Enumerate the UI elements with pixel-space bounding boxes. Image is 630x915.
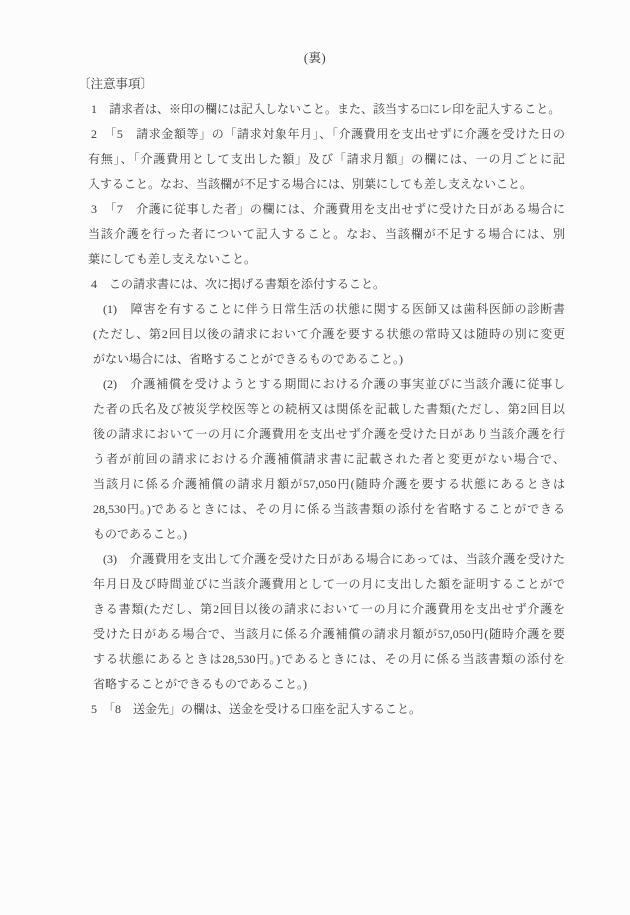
note-2-line-2: 有無」、「介護費用として支出した額」及び「請求月額」の欄には、一の月ごとに記 bbox=[88, 147, 565, 172]
note-4-sub-2-line-5: 当該月に係る介護補償の請求月額が57,050円(随時介護を要する状態にあるときは bbox=[93, 472, 565, 497]
note-4-sub-1-line-1: (1) 障害を有することに伴う日常生活の状態に関する医師又は歯科医師の診断書 bbox=[103, 297, 565, 322]
notes-heading: 〔注意事項〕 bbox=[78, 72, 630, 97]
page-side-label: (裏) bbox=[0, 46, 630, 71]
note-4-sub-3-line-1: (3) 介護費用を支出して介護を受けた日がある場合にあっては、当該介護を受けた bbox=[103, 547, 565, 572]
note-2-line-1: 2 「5 請求金額等」の「請求対象年月」、「介護費用を支出せずに介護を受けた日の bbox=[91, 122, 565, 147]
note-4-line-1: 4 この請求書には、次に掲げる書類を添付すること。 bbox=[91, 272, 565, 297]
note-4-sub-3-line-3: きる書類(ただし、第2回目以後の請求において一の月に介護費用を支出せず介護を bbox=[93, 597, 565, 622]
note-3-line-1: 3 「7 介護に従事した者」の欄には、介護費用を支出せずに受けた日がある場合に bbox=[91, 197, 565, 222]
note-4-sub-3-line-2: 年月日及び時間並びに当該介護費用として一の月に支出した額を証明することがで bbox=[93, 572, 565, 597]
document-page: (裏) 〔注意事項〕 1 請求者は、※印の欄には記入しないこと。また、該当する□… bbox=[0, 0, 630, 915]
note-2-line-3: 入すること。なお、当該欄が不足する場合には、別葉にしても差し支えないこと。 bbox=[88, 172, 565, 197]
note-1-line-1: 1 請求者は、※印の欄には記入しないこと。また、該当する□にレ印を記入すること。 bbox=[91, 97, 565, 122]
note-4-sub-3-line-6: 省略することができるものであること。) bbox=[93, 672, 565, 697]
note-4-sub-1-line-3: がない場合には、省略することができるものであること。) bbox=[93, 347, 565, 372]
note-4-sub-2-line-6: 28,530円。)であるときには、その月に係る当該書類の添付を省略することができ… bbox=[93, 497, 565, 522]
note-4-sub-2-line-1: (2) 介護補償を受けようとする期間における介護の事実並びに当該介護に従事し bbox=[103, 372, 565, 397]
note-4-sub-1-line-2: (ただし、第2回目以後の請求において介護を要する状態の常時又は随時の別に変更 bbox=[93, 322, 565, 347]
note-4-sub-2-line-3: 後の請求において一の月に介護費用を支出せず介護を受けた日があり当該介護を行 bbox=[93, 422, 565, 447]
note-4-sub-3-line-5: する状態にあるときは28,530円。)であるときには、その月に係る当該書類の添付… bbox=[93, 647, 565, 672]
note-4-sub-2-line-2: た者の氏名及び被災学校医等との続柄又は関係を記載した書類(ただし、第2回目以 bbox=[93, 397, 565, 422]
note-3-line-3: 葉にしても差し支えないこと。 bbox=[88, 247, 565, 272]
notes-section: 〔注意事項〕 1 請求者は、※印の欄には記入しないこと。また、該当する□にレ印を… bbox=[0, 72, 630, 722]
note-5-line-1: 5 「8 送金先」の欄は、送金を受ける口座を記入すること。 bbox=[91, 697, 565, 722]
note-3-line-2: 当該介護を行った者について記入すること。なお、当該欄が不足する場合には、別 bbox=[88, 222, 565, 247]
note-4-sub-2-line-7: ものであること。) bbox=[93, 522, 565, 547]
note-4-sub-2-line-4: う者が前回の請求における介護補償請求書に記載された者と変更がない場合で、 bbox=[93, 447, 565, 472]
note-4-sub-3-line-4: 受けた日がある場合で、当該月に係る介護補償の請求月額が57,050円(随時介護を… bbox=[93, 622, 565, 647]
